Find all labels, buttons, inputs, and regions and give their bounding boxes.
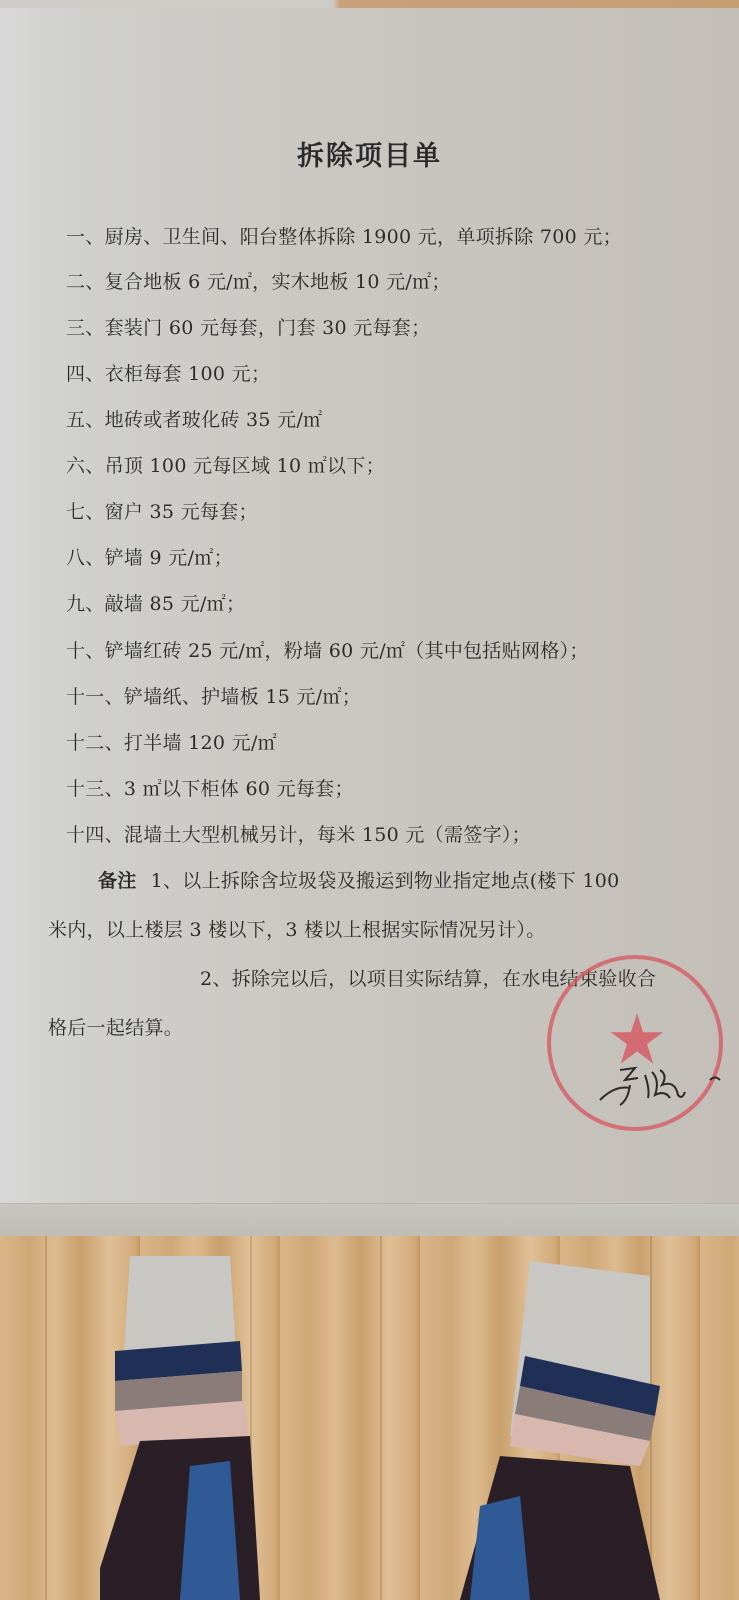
note-1-line-1: 备注1、以上拆除含垃圾袋及搬运到物业指定地点(楼下 100 [98,866,620,893]
list-item: 十四、混墙土大型机械另计，每米 150 元（需签字）； [66,820,531,847]
note-1-line-2: 米内，以上楼层 3 楼以下，3 楼以上根据实际情况另计）。 [48,915,546,942]
list-item: 四、衣柜每套 100 元； [66,359,270,386]
list-item: 五、地砖或者玻化砖 35 元/㎡ [66,405,322,432]
note-2-line-2: 格后一起结算。 [48,1013,183,1040]
list-item: 十二、打半墙 120 元/㎡ [66,728,277,755]
note-label: 备注 [98,870,137,892]
document-title: 拆除项目单 [0,134,739,173]
list-item: 十、铲墙红砖 25 元/㎡，粉墙 60 元/㎡（其中包括贴网格）； [66,636,589,663]
list-item: 二、复合地板 6 元/㎡，实木地板 10 元/㎡； [66,267,451,294]
list-item: 八、铲墙 9 元/㎡； [66,543,233,570]
left-foot-sock [100,1236,260,1600]
list-item: 六、吊顶 100 元每区域 10 ㎡以下； [66,451,385,478]
list-item: 三、套装门 60 元每套，门套 30 元每套； [66,313,430,340]
wooden-floor-background [0,1236,739,1600]
list-item: 十一、铲墙纸、护墙板 15 元/㎡； [66,682,361,709]
list-item: 七、窗户 35 元每套； [66,497,258,524]
list-item: 一、厨房、卫生间、阳台整体拆除 1900 元，单项拆除 700 元； [66,222,622,249]
list-item: 九、敲墙 85 元/㎡； [66,589,245,616]
signature [590,1050,730,1110]
right-foot-sock [460,1236,660,1600]
list-item: 十三、3 ㎡以下柜体 60 元每套； [66,774,354,801]
